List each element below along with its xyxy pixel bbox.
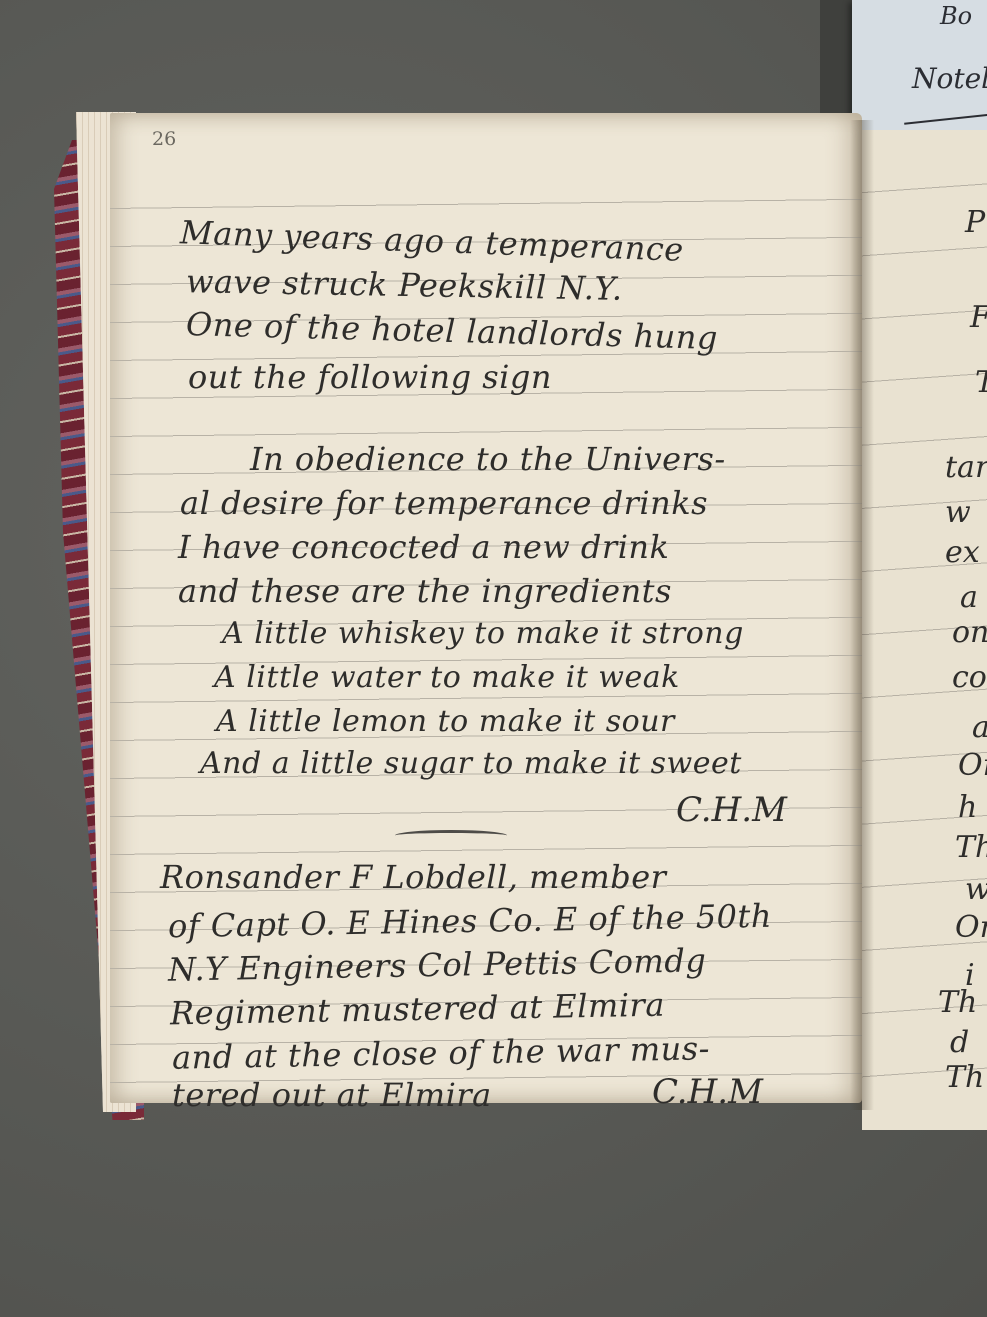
handwritten-line: Ronsander F Lobdell, member xyxy=(160,858,666,896)
facing-page-fragment: On xyxy=(958,748,987,783)
handwritten-line: A little whiskey to make it strong xyxy=(222,616,744,651)
facing-page-fragment: P xyxy=(965,205,985,240)
facing-page-fragment: w xyxy=(945,495,971,530)
facing-page-fragment: Th xyxy=(945,1060,984,1095)
handwritten-line: tered out at Elmira xyxy=(172,1076,492,1114)
facing-page-fragment: on xyxy=(952,615,987,650)
facing-page-fragment: Th xyxy=(955,830,987,865)
handwritten-line: A little lemon to make it sour xyxy=(216,704,675,739)
section-divider-flourish xyxy=(395,830,507,841)
handwritten-line: And a little sugar to make it sweet xyxy=(200,746,742,781)
handwritten-line: out the following sign xyxy=(188,358,552,396)
page-number: 26 xyxy=(152,128,176,150)
facing-page-fragment: F xyxy=(970,300,987,335)
note-card-underline xyxy=(904,113,987,124)
facing-page-fragment: h xyxy=(958,790,977,825)
handwritten-line: In obedience to the Univers- xyxy=(250,440,726,478)
handwritten-line: wave struck Peekskill N.Y. xyxy=(186,262,623,308)
book-gutter xyxy=(850,120,874,1110)
handwritten-line: al desire for temperance drinks xyxy=(180,484,708,522)
facing-page-fragment: T xyxy=(975,365,987,400)
handwritten-line: A little water to make it weak xyxy=(214,660,680,695)
note-card-line-1: Bo xyxy=(940,2,972,30)
note-card-line-2: Notel xyxy=(912,62,987,95)
facing-page-fragment: co xyxy=(952,660,987,695)
facing-page-fragment: d xyxy=(950,1025,969,1060)
handwritten-line: I have concocted a new drink xyxy=(178,528,669,566)
facing-page-fragment: a xyxy=(960,580,978,615)
signature-initials: C.H.M xyxy=(652,1072,763,1112)
signature-initials: C.H.M xyxy=(676,790,787,830)
facing-page-fragment: a xyxy=(972,710,987,745)
facing-page-fragment: w xyxy=(965,872,987,907)
label-note-card: Bo Notel xyxy=(852,0,987,140)
facing-page-fragment: On xyxy=(955,910,987,945)
facing-page-fragment: ex xyxy=(945,535,980,570)
facing-page-fragment: Th xyxy=(938,985,977,1020)
facing-page-fragment: tar xyxy=(945,450,987,485)
handwritten-line: and these are the ingredients xyxy=(178,572,672,610)
